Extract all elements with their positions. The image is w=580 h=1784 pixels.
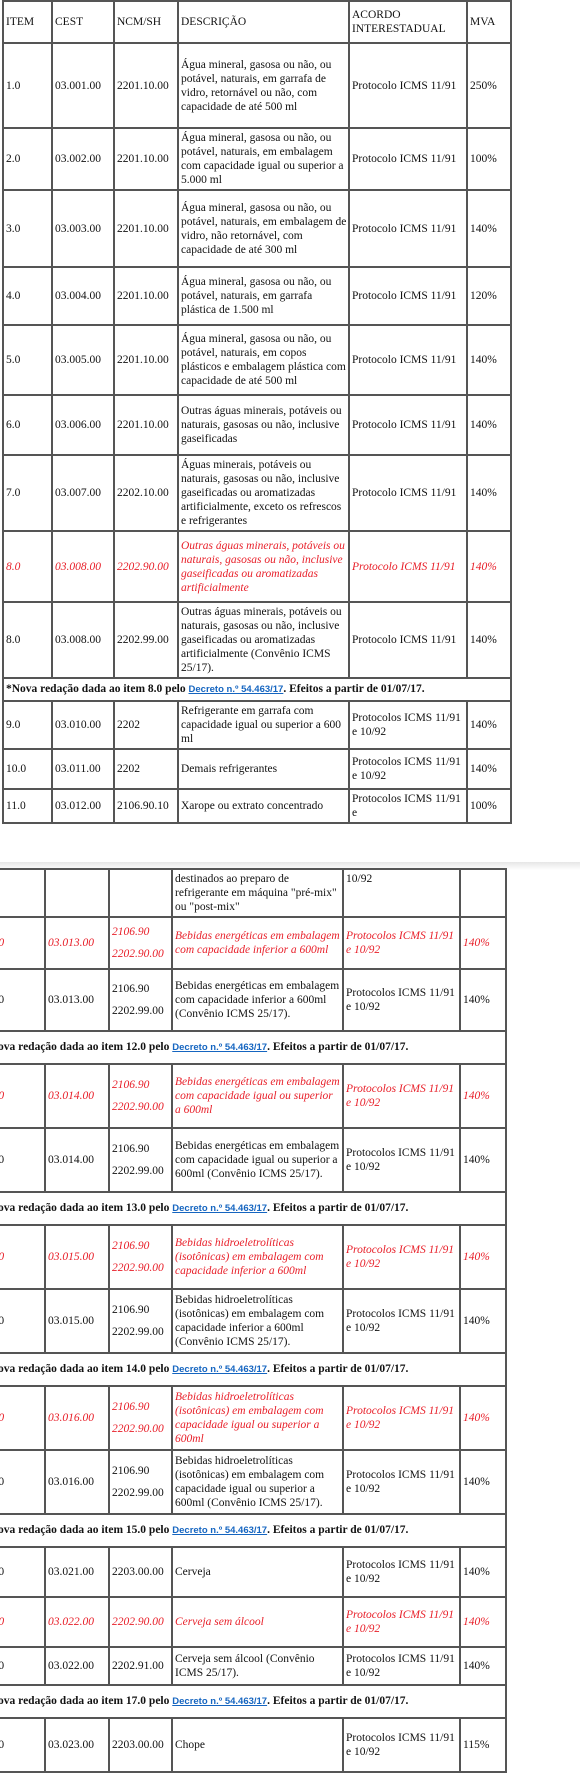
cell-descricao: Cerveja sem álcool (172, 1597, 343, 1647)
cell-cest: 03.021.00 (45, 1547, 109, 1597)
cell-cest: 03.007.00 (52, 455, 114, 531)
cell-acordo: Protocolos ICMS 11/91 e 10/92 (343, 1647, 460, 1685)
table-row: 11.003.012.002106.90.10Xarope ou extrato… (3, 789, 511, 823)
table-row: 7.003.007.002202.10.00Águas minerais, po… (3, 455, 511, 531)
header-item: ITEM (3, 1, 52, 43)
ncm-code: 2202.99.00 (112, 1000, 170, 1022)
cell-ncm: 2202.90.00 (109, 1597, 172, 1647)
cell-mva: 250% (467, 43, 511, 128)
ncm-code: 2202.90.00 (112, 1257, 170, 1279)
cell-ncm: 2106.902202.99.00 (109, 1450, 172, 1514)
amendment-note: *Nova redação dada ao item 8.0 pelo Decr… (3, 678, 511, 701)
header-descricao: DESCRIÇÃO (178, 1, 349, 43)
cell-item: 13.0 (0, 1064, 45, 1128)
cell-item: 18.0 (0, 1718, 45, 1772)
cell-item (0, 869, 45, 917)
cell-cest: 03.014.00 (45, 1064, 109, 1128)
cell-item: 4.0 (3, 267, 52, 325)
ncm-code: 2106.90.10 (117, 800, 169, 812)
table-row: 9.003.010.002202Refrigerante em garrafa … (3, 701, 511, 749)
cell-mva: 140% (460, 1289, 506, 1353)
decree-link[interactable]: Decreto n.º 54.463/17 (189, 684, 284, 695)
amendment-note-row: *Nova redação dada ao item 13.0 pelo Dec… (0, 1192, 506, 1225)
cell-acordo: Protocolo ICMS 11/91 (349, 531, 467, 602)
ncm-code: 2202.90.00 (112, 943, 170, 965)
ncm-code: 2202 (117, 763, 140, 775)
cell-item: 8.0 (3, 602, 52, 678)
table-row-revoked: 17.003.022.002202.90.00Cerveja sem álcoo… (0, 1597, 506, 1647)
cell-cest: 03.001.00 (52, 43, 114, 128)
cell-item: 2.0 (3, 128, 52, 190)
cell-mva: 140% (467, 531, 511, 602)
cell-descricao: Bebidas hidroeletrolíticas (isotônicas) … (172, 1386, 343, 1450)
amendment-note-row: *Nova redação dada ao item 12.0 pelo Dec… (0, 1031, 506, 1064)
note-suffix: . Efeitos a partir de 01/07/17. (283, 683, 424, 695)
cell-descricao: Outras águas minerais, potáveis ou natur… (178, 395, 349, 455)
cell-cest: 03.003.00 (52, 190, 114, 267)
cell-descricao: Água mineral, gasosa ou não, ou potável,… (178, 267, 349, 325)
amendment-note: *Nova redação dada ao item 12.0 pelo Dec… (0, 1031, 506, 1064)
table-row: 4.003.004.002201.10.00Água mineral, gaso… (3, 267, 511, 325)
cell-acordo: Protocolos ICMS 11/91 e (349, 789, 467, 823)
note-suffix: . Efeitos a partir de 01/07/17. (267, 1695, 408, 1707)
cell-item: 1.0 (3, 43, 52, 128)
header-mva: MVA (467, 1, 511, 43)
cell-mva: 140% (467, 395, 511, 455)
cell-descricao: Água mineral, gasosa ou não, ou potável,… (178, 43, 349, 128)
cell-item: 12.0 (0, 917, 45, 969)
cell-acordo: Protocolos ICMS 11/91 e 10/92 (343, 1064, 460, 1128)
cell-acordo: Protocolos ICMS 11/91 e 10/92 (343, 1386, 460, 1450)
table-row: 13.003.014.002106.902202.99.00Bebidas en… (0, 1128, 506, 1192)
cell-cest: 03.002.00 (52, 128, 114, 190)
cell-ncm: 2106.902202.90.00 (109, 1064, 172, 1128)
cell-acordo: 10/92 (343, 869, 460, 917)
cell-cest: 03.016.00 (45, 1450, 109, 1514)
header-ncm: NCM/SH (114, 1, 178, 43)
cell-cest: 03.022.00 (45, 1647, 109, 1685)
ncm-code: 2201.10.00 (117, 80, 169, 92)
cell-descricao: Bebidas energéticas em embalagem com cap… (172, 1128, 343, 1192)
cell-descricao: Outras águas minerais, potáveis ou natur… (178, 531, 349, 602)
cell-acordo: Protocolo ICMS 11/91 (349, 395, 467, 455)
ncm-code: 2106.90 (112, 978, 170, 1000)
cell-item: 12.0 (0, 969, 45, 1031)
cell-item: 14.0 (0, 1225, 45, 1289)
cell-acordo: Protocolos ICMS 11/91 e 10/92 (343, 1128, 460, 1192)
cell-descricao: Refrigerante em garrafa com capacidade i… (178, 701, 349, 749)
amendment-note: *Nova redação dada ao item 15.0 pelo Dec… (0, 1514, 506, 1547)
cell-descricao: Bebidas hidroeletrolíticas (isotônicas) … (172, 1225, 343, 1289)
note-prefix: *Nova redação dada ao item 17.0 pelo (0, 1695, 172, 1707)
header-cest: CEST (52, 1, 114, 43)
note-prefix: *Nova redação dada ao item 14.0 pelo (0, 1363, 172, 1375)
cell-mva: 140% (460, 1386, 506, 1450)
cell-item: 17.0 (0, 1647, 45, 1685)
ncm-code: 2202.90.00 (112, 1096, 170, 1118)
note-prefix: *Nova redação dada ao item 12.0 pelo (0, 1041, 172, 1053)
amendment-note-row: *Nova redação dada ao item 17.0 pelo Dec… (0, 1685, 506, 1718)
table-row: 18.003.023.002203.00.00ChopeProtocolos I… (0, 1718, 506, 1772)
cell-cest: 03.005.00 (52, 325, 114, 395)
cell-descricao: destinados ao preparo de refrigerante em… (172, 869, 343, 917)
cell-ncm (109, 869, 172, 917)
cell-descricao: Bebidas energéticas em embalagem com cap… (172, 917, 343, 969)
table-row-revoked: 12.003.013.002106.902202.90.00Bebidas en… (0, 917, 506, 969)
cell-mva (460, 869, 506, 917)
ncm-code: 2106.90 (112, 1460, 170, 1482)
note-suffix: . Efeitos a partir de 01/07/17. (267, 1524, 408, 1536)
cell-item: 8.0 (3, 531, 52, 602)
cell-mva: 140% (460, 1597, 506, 1647)
table-row-revoked: 14.003.015.002106.902202.90.00Bebidas hi… (0, 1225, 506, 1289)
table-row: 2.003.002.002201.10.00Água mineral, gaso… (3, 128, 511, 190)
ncm-code: 2203.00.00 (112, 1566, 164, 1578)
cell-descricao: Cerveja (172, 1547, 343, 1597)
cell-acordo: Protocolos ICMS 11/91 e 10/92 (343, 1547, 460, 1597)
cell-cest: 03.014.00 (45, 1128, 109, 1192)
cell-ncm: 2202 (114, 701, 178, 749)
cell-ncm: 2202 (114, 749, 178, 789)
note-suffix: . Efeitos a partir de 01/07/17. (267, 1041, 408, 1053)
cell-ncm: 2201.10.00 (114, 267, 178, 325)
cell-descricao: Águas minerais, potáveis ou naturais, ga… (178, 455, 349, 531)
cell-acordo: Protocolos ICMS 11/91 e 10/92 (349, 749, 467, 789)
cell-mva: 140% (467, 455, 511, 531)
cell-mva: 140% (467, 749, 511, 789)
table-row-continuation: destinados ao preparo de refrigerante em… (0, 869, 506, 917)
cell-cest: 03.022.00 (45, 1597, 109, 1647)
cell-item: 11.0 (3, 789, 52, 823)
ncm-code: 2201.10.00 (117, 223, 169, 235)
cell-acordo: Protocolos ICMS 11/91 e 10/92 (343, 1718, 460, 1772)
cell-descricao: Água mineral, gasosa ou não, ou potável,… (178, 128, 349, 190)
cell-descricao: Outras águas minerais, potáveis ou natur… (178, 602, 349, 678)
decree-link[interactable]: Decreto n.º 54.463/17 (172, 1525, 267, 1536)
cell-acordo: Protocolo ICMS 11/91 (349, 128, 467, 190)
cell-acordo: Protocolos ICMS 11/91 e 10/92 (343, 1450, 460, 1514)
table-row-revoked: 15.003.016.002106.902202.90.00Bebidas hi… (0, 1386, 506, 1450)
cell-ncm: 2201.10.00 (114, 128, 178, 190)
cell-ncm: 2106.902202.90.00 (109, 917, 172, 969)
cell-descricao: Bebidas energéticas em embalagem com cap… (172, 1064, 343, 1128)
table-row: 12.003.013.002106.902202.99.00Bebidas en… (0, 969, 506, 1031)
cell-cest: 03.013.00 (45, 969, 109, 1031)
cell-mva: 140% (460, 1128, 506, 1192)
note-prefix: *Nova redação dada ao item 8.0 pelo (6, 683, 189, 695)
ncm-code: 2201.10.00 (117, 153, 169, 165)
cell-mva: 140% (460, 1225, 506, 1289)
amendment-note-row: *Nova redação dada ao item 15.0 pelo Dec… (0, 1514, 506, 1547)
cell-mva: 140% (467, 602, 511, 678)
amendment-note: *Nova redação dada ao item 13.0 pelo Dec… (0, 1192, 506, 1225)
cell-cest: 03.011.00 (52, 749, 114, 789)
cell-ncm: 2106.902202.99.00 (109, 1289, 172, 1353)
cell-cest (45, 869, 109, 917)
cell-mva: 140% (460, 1064, 506, 1128)
cell-ncm: 2203.00.00 (109, 1547, 172, 1597)
cell-cest: 03.016.00 (45, 1386, 109, 1450)
cell-cest: 03.015.00 (45, 1225, 109, 1289)
note-suffix: . Efeitos a partir de 01/07/17. (267, 1363, 408, 1375)
ncm-code: 2106.90 (112, 1396, 170, 1418)
table-row-revoked: 8.003.008.002202.90.00Outras águas miner… (3, 531, 511, 602)
cell-item: 10.0 (3, 749, 52, 789)
amendment-note-row: *Nova redação dada ao item 8.0 pelo Decr… (3, 678, 511, 701)
table-row: 16.003.021.002203.00.00CervejaProtocolos… (0, 1547, 506, 1597)
amendment-note: *Nova redação dada ao item 17.0 pelo Dec… (0, 1685, 506, 1718)
cell-cest: 03.008.00 (52, 531, 114, 602)
cell-item: 13.0 (0, 1128, 45, 1192)
cell-item: 16.0 (0, 1547, 45, 1597)
cell-ncm: 2202.91.00 (109, 1647, 172, 1685)
ncm-code: 2202.91.00 (112, 1660, 164, 1672)
cell-ncm: 2106.902202.90.00 (109, 1386, 172, 1450)
decree-link[interactable]: Decreto n.º 54.463/17 (172, 1042, 267, 1053)
st-items-table-continued: destinados ao preparo de refrigerante em… (0, 868, 507, 1773)
amendment-note-row: *Nova redação dada ao item 14.0 pelo Dec… (0, 1353, 506, 1386)
table-row-revoked: 13.003.014.002106.902202.90.00Bebidas en… (0, 1064, 506, 1128)
cell-mva: 140% (460, 917, 506, 969)
cell-ncm: 2201.10.00 (114, 325, 178, 395)
cell-descricao: Água mineral, gasosa ou não, ou potável,… (178, 325, 349, 395)
cell-mva: 100% (467, 128, 511, 190)
table-row: 3.003.003.002201.10.00Água mineral, gaso… (3, 190, 511, 267)
cell-item: 15.0 (0, 1386, 45, 1450)
cell-descricao: Chope (172, 1718, 343, 1772)
cell-acordo: Protocolo ICMS 11/91 (349, 43, 467, 128)
cell-descricao: Bebidas hidroeletrolíticas (isotônicas) … (172, 1289, 343, 1353)
ncm-code: 2202.90.00 (112, 1616, 164, 1628)
ncm-code: 2106.90 (112, 1235, 170, 1257)
ncm-code: 2202.90.00 (112, 1418, 170, 1440)
note-prefix: *Nova redação dada ao item 13.0 pelo (0, 1202, 172, 1214)
cell-acordo: Protocolo ICMS 11/91 (349, 190, 467, 267)
decree-link[interactable]: Decreto n.º 54.463/17 (172, 1203, 267, 1214)
cell-acordo: Protocolos ICMS 11/91 e 10/92 (343, 1597, 460, 1647)
cell-item: 6.0 (3, 395, 52, 455)
st-items-table: ITEM CEST NCM/SH DESCRIÇÃO ACORDO INTERE… (2, 0, 512, 824)
ncm-code: 2201.10.00 (117, 354, 169, 366)
note-prefix: *Nova redação dada ao item 15.0 pelo (0, 1524, 172, 1536)
ncm-code: 2202.99.00 (117, 634, 169, 646)
cell-item: 14.0 (0, 1289, 45, 1353)
ncm-code: 2106.90 (112, 1074, 170, 1096)
cell-mva: 140% (460, 1647, 506, 1685)
cell-cest: 03.012.00 (52, 789, 114, 823)
cell-acordo: Protocolos ICMS 11/91 e 10/92 (343, 969, 460, 1031)
table-row: 6.003.006.002201.10.00Outras águas miner… (3, 395, 511, 455)
ncm-code: 2202 (117, 719, 140, 731)
ncm-code: 2106.90 (112, 1138, 170, 1160)
cell-acordo: Protocolos ICMS 11/91 e 10/92 (343, 1225, 460, 1289)
cell-acordo: Protocolos ICMS 11/91 e 10/92 (343, 917, 460, 969)
cell-mva: 140% (460, 969, 506, 1031)
cell-acordo: Protocolo ICMS 11/91 (349, 267, 467, 325)
ncm-code: 2203.00.00 (112, 1739, 164, 1751)
cell-item: 7.0 (3, 455, 52, 531)
note-suffix: . Efeitos a partir de 01/07/17. (267, 1202, 408, 1214)
cell-acordo: Protocolo ICMS 11/91 (349, 325, 467, 395)
cell-ncm: 2106.902202.90.00 (109, 1225, 172, 1289)
ncm-code: 2106.90 (112, 1299, 170, 1321)
cell-cest: 03.008.00 (52, 602, 114, 678)
cell-ncm: 2201.10.00 (114, 395, 178, 455)
cell-item: 15.0 (0, 1450, 45, 1514)
cell-item: 9.0 (3, 701, 52, 749)
cell-cest: 03.006.00 (52, 395, 114, 455)
cell-ncm: 2202.90.00 (114, 531, 178, 602)
table-header-row: ITEM CEST NCM/SH DESCRIÇÃO ACORDO INTERE… (3, 1, 511, 43)
cell-cest: 03.010.00 (52, 701, 114, 749)
cell-cest: 03.013.00 (45, 917, 109, 969)
cell-ncm: 2203.00.00 (109, 1718, 172, 1772)
decree-link[interactable]: Decreto n.º 54.463/17 (172, 1696, 267, 1707)
cell-cest: 03.023.00 (45, 1718, 109, 1772)
cell-ncm: 2106.902202.99.00 (109, 969, 172, 1031)
cell-ncm: 2202.10.00 (114, 455, 178, 531)
cell-mva: 140% (460, 1547, 506, 1597)
cell-descricao: Bebidas energéticas em embalagem com cap… (172, 969, 343, 1031)
cell-descricao: Demais refrigerantes (178, 749, 349, 789)
cell-acordo: Protocolo ICMS 11/91 (349, 455, 467, 531)
cell-ncm: 2201.10.00 (114, 190, 178, 267)
table-row: 8.003.008.002202.99.00Outras águas miner… (3, 602, 511, 678)
cell-mva: 140% (460, 1450, 506, 1514)
cell-item: 3.0 (3, 190, 52, 267)
cell-descricao: Xarope ou extrato concentrado (178, 789, 349, 823)
cell-mva: 140% (467, 701, 511, 749)
cell-mva: 115% (460, 1718, 506, 1772)
cell-ncm: 2106.902202.99.00 (109, 1128, 172, 1192)
ncm-code: 2202.99.00 (112, 1321, 170, 1343)
table-row: 17.003.022.002202.91.00Cerveja sem álcoo… (0, 1647, 506, 1685)
table-row: 14.003.015.002106.902202.99.00Bebidas hi… (0, 1289, 506, 1353)
cell-acordo: Protocolos ICMS 11/91 e 10/92 (343, 1289, 460, 1353)
ncm-code: 2202.99.00 (112, 1482, 170, 1504)
cell-acordo: Protocolo ICMS 11/91 (349, 602, 467, 678)
ncm-code: 2202.99.00 (112, 1160, 170, 1182)
cell-mva: 100% (467, 789, 511, 823)
cell-item: 17.0 (0, 1597, 45, 1647)
cell-mva: 140% (467, 190, 511, 267)
table-section-top: ITEM CEST NCM/SH DESCRIÇÃO ACORDO INTERE… (0, 0, 512, 824)
table-section-bottom: destinados ao preparo de refrigerante em… (0, 868, 507, 1773)
cell-descricao: Água mineral, gasosa ou não, ou potável,… (178, 190, 349, 267)
cell-descricao: Bebidas hidroeletrolíticas (isotônicas) … (172, 1450, 343, 1514)
cell-descricao: Cerveja sem álcool (Convênio ICMS 25/17)… (172, 1647, 343, 1685)
amendment-note: *Nova redação dada ao item 14.0 pelo Dec… (0, 1353, 506, 1386)
cell-ncm: 2106.90.10 (114, 789, 178, 823)
cell-cest: 03.004.00 (52, 267, 114, 325)
ncm-code: 2201.10.00 (117, 419, 169, 431)
ncm-code: 2202.10.00 (117, 487, 169, 499)
ncm-code: 2202.90.00 (117, 561, 169, 573)
cell-ncm: 2202.99.00 (114, 602, 178, 678)
table-row: 10.003.011.002202Demais refrigerantesPro… (3, 749, 511, 789)
table-row: 1.003.001.002201.10.00Água mineral, gaso… (3, 43, 511, 128)
table-row: 5.003.005.002201.10.00Água mineral, gaso… (3, 325, 511, 395)
table-row: 15.003.016.002106.902202.99.00Bebidas hi… (0, 1450, 506, 1514)
cell-mva: 140% (467, 325, 511, 395)
cell-item: 5.0 (3, 325, 52, 395)
ncm-code: 2201.10.00 (117, 290, 169, 302)
ncm-code: 2106.90 (112, 921, 170, 943)
cell-acordo: Protocolos ICMS 11/91 e 10/92 (349, 701, 467, 749)
header-acordo: ACORDO INTERESTADUAL (349, 1, 467, 43)
decree-link[interactable]: Decreto n.º 54.463/17 (172, 1364, 267, 1375)
cell-ncm: 2201.10.00 (114, 43, 178, 128)
cell-cest: 03.015.00 (45, 1289, 109, 1353)
cell-mva: 120% (467, 267, 511, 325)
